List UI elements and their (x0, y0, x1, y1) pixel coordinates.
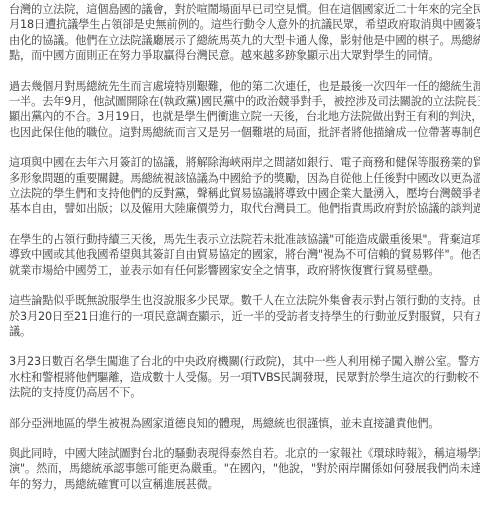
text-line: 法院的支持度仍高居不下。 (9, 385, 475, 394)
text-line: 由化的協議。他們在立法院議廳展示了總統馬英九的大型卡通人像，影射他是中國的棋子。… (9, 33, 475, 48)
paragraph-president-difficulties: 過去幾個月對馬總統先生而言處境特別艱難，他的第二次連任，也是最後一次四年一任的總… (9, 79, 475, 141)
text-line: 在學生的占領行動持續三天後，馬先生表示立法院若未批准該協議"可能造成嚴重後果"。… (9, 232, 475, 247)
text-line: 於3月20日至21日進行的一項民意調查顯示，近一半的受訪者支持學生的行動並反對服… (9, 309, 475, 324)
text-line: 台灣的立法院，這個島國的議會，對於喧鬧場面早已司空見慣。但在這個國家近二十年來的… (9, 2, 475, 17)
text-line: 這項與中國在去年六月簽訂的協議，將解除海峽兩岸之間諸如銀行、電子商務和健保等服務… (9, 155, 475, 170)
text-line: 也因此保住他的職位。這對馬總統而言又是另一個難堪的局面，批評者將他描繪成一位帶著… (9, 125, 475, 140)
text-line: 基本自由，譬如出版；以及僱用大陸廉價勞力，取代台灣員工。他們指責馬政府對於協議的… (9, 201, 475, 216)
paragraph-public-opinion: 這些論點似乎既無說服學生也沒說服多少民眾。數千人在立法院外集會表示對占領行動的支… (9, 293, 475, 339)
text-line: 多形象問題的重要關鍵。馬總統視該協議為中國給予的獎勵，因為自從他上任後對中國改以… (9, 171, 475, 186)
text-line: 一半。去年9月，他試圖開除在(執政黨)國民黨中的政治競爭對手，被控涉及司法關說的… (9, 94, 475, 109)
article-body: 台灣的立法院，這個島國的議會，對於喧鬧場面早已司空見慣。但在這個國家近二十年來的… (9, 2, 475, 394)
text-line: 立法院的學生們和支持他們的反對黨，聲稱此貿易協議將導致中國企業大量湧入，壓垮台灣… (9, 186, 475, 201)
text-line: 顯出黨內的不合。3月19日，也就是學生們衝進立院一天後，台北地方法院做出對王有利… (9, 109, 475, 124)
text-line: 過去幾個月對馬總統先生而言處境特別艱難，他的第二次連任，也是最後一次四年一任的總… (9, 79, 475, 94)
paragraph-president-response: 在學生的占領行動持續三天後，馬先生表示立法院若未批准該協議"可能造成嚴重後果"。… (9, 232, 475, 278)
paragraph-trade-agreement: 這項與中國在去年六月簽訂的協議，將解除海峽兩岸之間諸如銀行、電子商務和健保等服務… (9, 155, 475, 217)
paragraph-executive-yuan: 3月23日數百名學生闖進了台北的中央政府機關(行政院)，其中一些人利用梯子闖入辦… (9, 354, 475, 394)
paragraph-legislature-occupation: 台灣的立法院，這個島國的議會，對於喧鬧場面早已司空見慣。但在這個國家近二十年來的… (9, 2, 475, 64)
text-line: 點，而中國方面則正在努力爭取贏得台灣民意。越來越多跡象顯示出大眾對學生的同情。 (9, 48, 475, 63)
text-line: 水柱和警棍將他們驅離，造成數十人受傷。另一項TVBS民調發現，民眾對於學生這次的… (9, 370, 475, 385)
text-line: 議。 (9, 324, 475, 339)
text-line: 就業市場給中國勞工，並表示如有任何影響國家安全之情事，政府將恢復實行貿易壁壘。 (9, 263, 475, 278)
text-line: 導致中國或其他我國希望與其簽訂自由貿易協定的國家，將台灣"視為不可信賴的貿易夥伴… (9, 247, 475, 262)
text-line: 月18日遭抗議學生占領卻是史無前例的。這些行動令人意外的抗議民眾，希望政府取消與… (9, 17, 475, 32)
text-line: 這些論點似乎既無說服學生也沒說服多少民眾。數千人在立法院外集會表示對占領行動的支… (9, 293, 475, 308)
text-line: 3月23日數百名學生闖進了台北的中央政府機關(行政院)，其中一些人利用梯子闖入辦… (9, 354, 475, 369)
